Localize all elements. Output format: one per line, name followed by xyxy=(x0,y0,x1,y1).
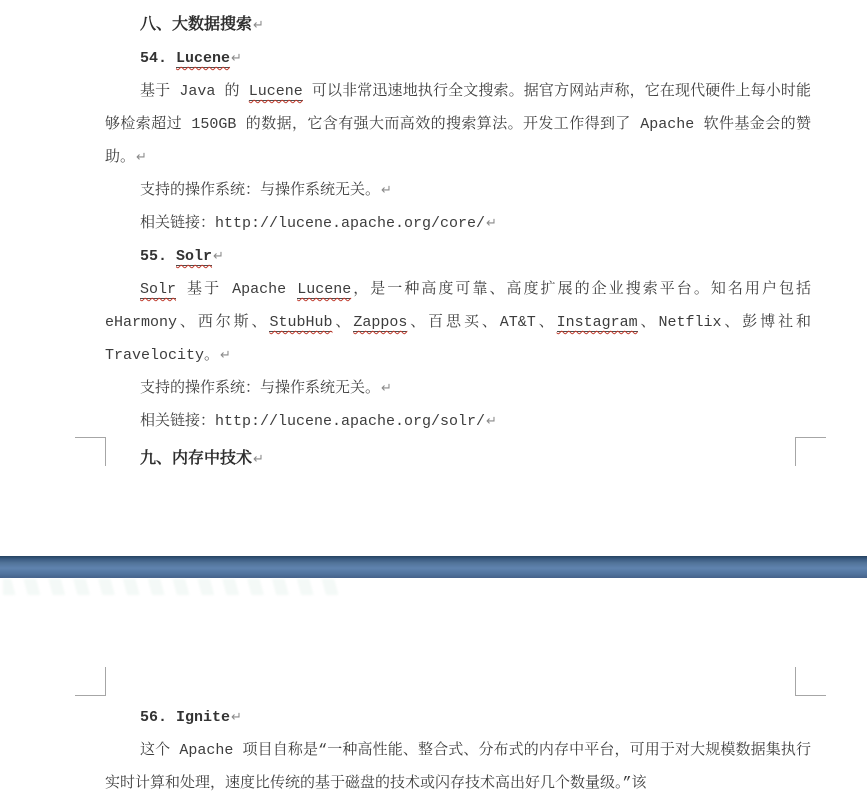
item-56-title: 56. Ignite↵ xyxy=(105,701,811,734)
text-run: 支持的操作系统：与操作系统无关。 xyxy=(140,380,380,397)
heading-section-8: 八、大数据搜索↵ xyxy=(105,7,811,42)
page1-bottom-left-margin-mark xyxy=(75,437,106,466)
text-run: 相关链接：http://lucene.apache.org/solr/ xyxy=(140,413,485,430)
misspelled-word: StubHub xyxy=(269,314,332,332)
text-run: 八、大数据搜索 xyxy=(140,14,252,33)
paragraph-mark-icon: ↵ xyxy=(252,452,264,467)
paragraph-mark-icon: ↵ xyxy=(380,381,392,396)
item-55-os-support: 支持的操作系统：与操作系统无关。↵ xyxy=(105,372,811,405)
misspelled-word: Instagram xyxy=(557,314,638,332)
paragraph-mark-icon: ↵ xyxy=(230,710,242,725)
item-55-title: 55. Solr↵ xyxy=(105,240,811,273)
text-run: 基于 Java 的 xyxy=(140,83,249,100)
misspelled-word: Lucene xyxy=(249,83,303,101)
text-run: 九、内存中技术 xyxy=(140,448,252,467)
heading-section-9: 九、内存中技术↵ xyxy=(105,441,811,476)
page1-bottom-right-margin-mark xyxy=(795,437,826,466)
item-55-description: Solr 基于 Apache Lucene，是一种高度可靠、高度扩展的企业搜索平… xyxy=(105,273,811,372)
text-run: 、 xyxy=(332,314,353,331)
text-run: 55. xyxy=(140,248,176,265)
page-divider-bar xyxy=(0,556,867,578)
paragraph-mark-icon: ↵ xyxy=(219,348,231,363)
text-run: 这个 Apache 项目自称是“一种高性能、整合式、分布式的内存中平台，可用于对… xyxy=(105,742,811,792)
misspelled-word: Solr xyxy=(140,281,176,299)
item-54-link: 相关链接：http://lucene.apache.org/core/↵ xyxy=(105,207,811,240)
paragraph-mark-icon: ↵ xyxy=(230,51,242,66)
page2-top-left-margin-mark xyxy=(75,667,106,696)
item-56-description: 这个 Apache 项目自称是“一种高性能、整合式、分布式的内存中平台，可用于对… xyxy=(105,734,811,795)
text-run: 54. xyxy=(140,50,176,67)
paragraph-mark-icon: ↵ xyxy=(135,150,147,165)
page2-content: 56. Ignite↵ 这个 Apache 项目自称是“一种高性能、整合式、分布… xyxy=(105,701,811,795)
misspelled-word: Lucene xyxy=(297,281,351,299)
text-run: 相关链接：http://lucene.apache.org/core/ xyxy=(140,215,485,232)
faint-watermark xyxy=(3,579,338,595)
paragraph-mark-icon: ↵ xyxy=(380,183,392,198)
misspelled-word: Lucene xyxy=(176,50,230,68)
paragraph-mark-icon: ↵ xyxy=(212,249,224,264)
misspelled-word: Zappos xyxy=(353,314,407,332)
misspelled-word: Solr xyxy=(176,248,212,266)
item-54-description: 基于 Java 的 Lucene 可以非常迅速地执行全文搜索。据官方网站声称，它… xyxy=(105,75,811,174)
paragraph-mark-icon: ↵ xyxy=(485,216,497,231)
paragraph-mark-icon: ↵ xyxy=(485,414,497,429)
item-54-title: 54. Lucene↵ xyxy=(105,42,811,75)
item-54-os-support: 支持的操作系统：与操作系统无关。↵ xyxy=(105,174,811,207)
item-55-link: 相关链接：http://lucene.apache.org/solr/↵ xyxy=(105,405,811,438)
paragraph-mark-icon: ↵ xyxy=(252,18,264,33)
text-run: 基于 Apache xyxy=(176,281,297,298)
text-run: 56. Ignite xyxy=(140,709,230,726)
page2-top-right-margin-mark xyxy=(795,667,826,696)
document-page: 八、大数据搜索↵ 54. Lucene↵ 基于 Java 的 Lucene 可以… xyxy=(0,0,867,795)
text-run: 支持的操作系统：与操作系统无关。 xyxy=(140,182,380,199)
text-run: 、百思买、AT&T、 xyxy=(407,314,556,331)
page1-content: 八、大数据搜索↵ 54. Lucene↵ 基于 Java 的 Lucene 可以… xyxy=(105,0,811,476)
